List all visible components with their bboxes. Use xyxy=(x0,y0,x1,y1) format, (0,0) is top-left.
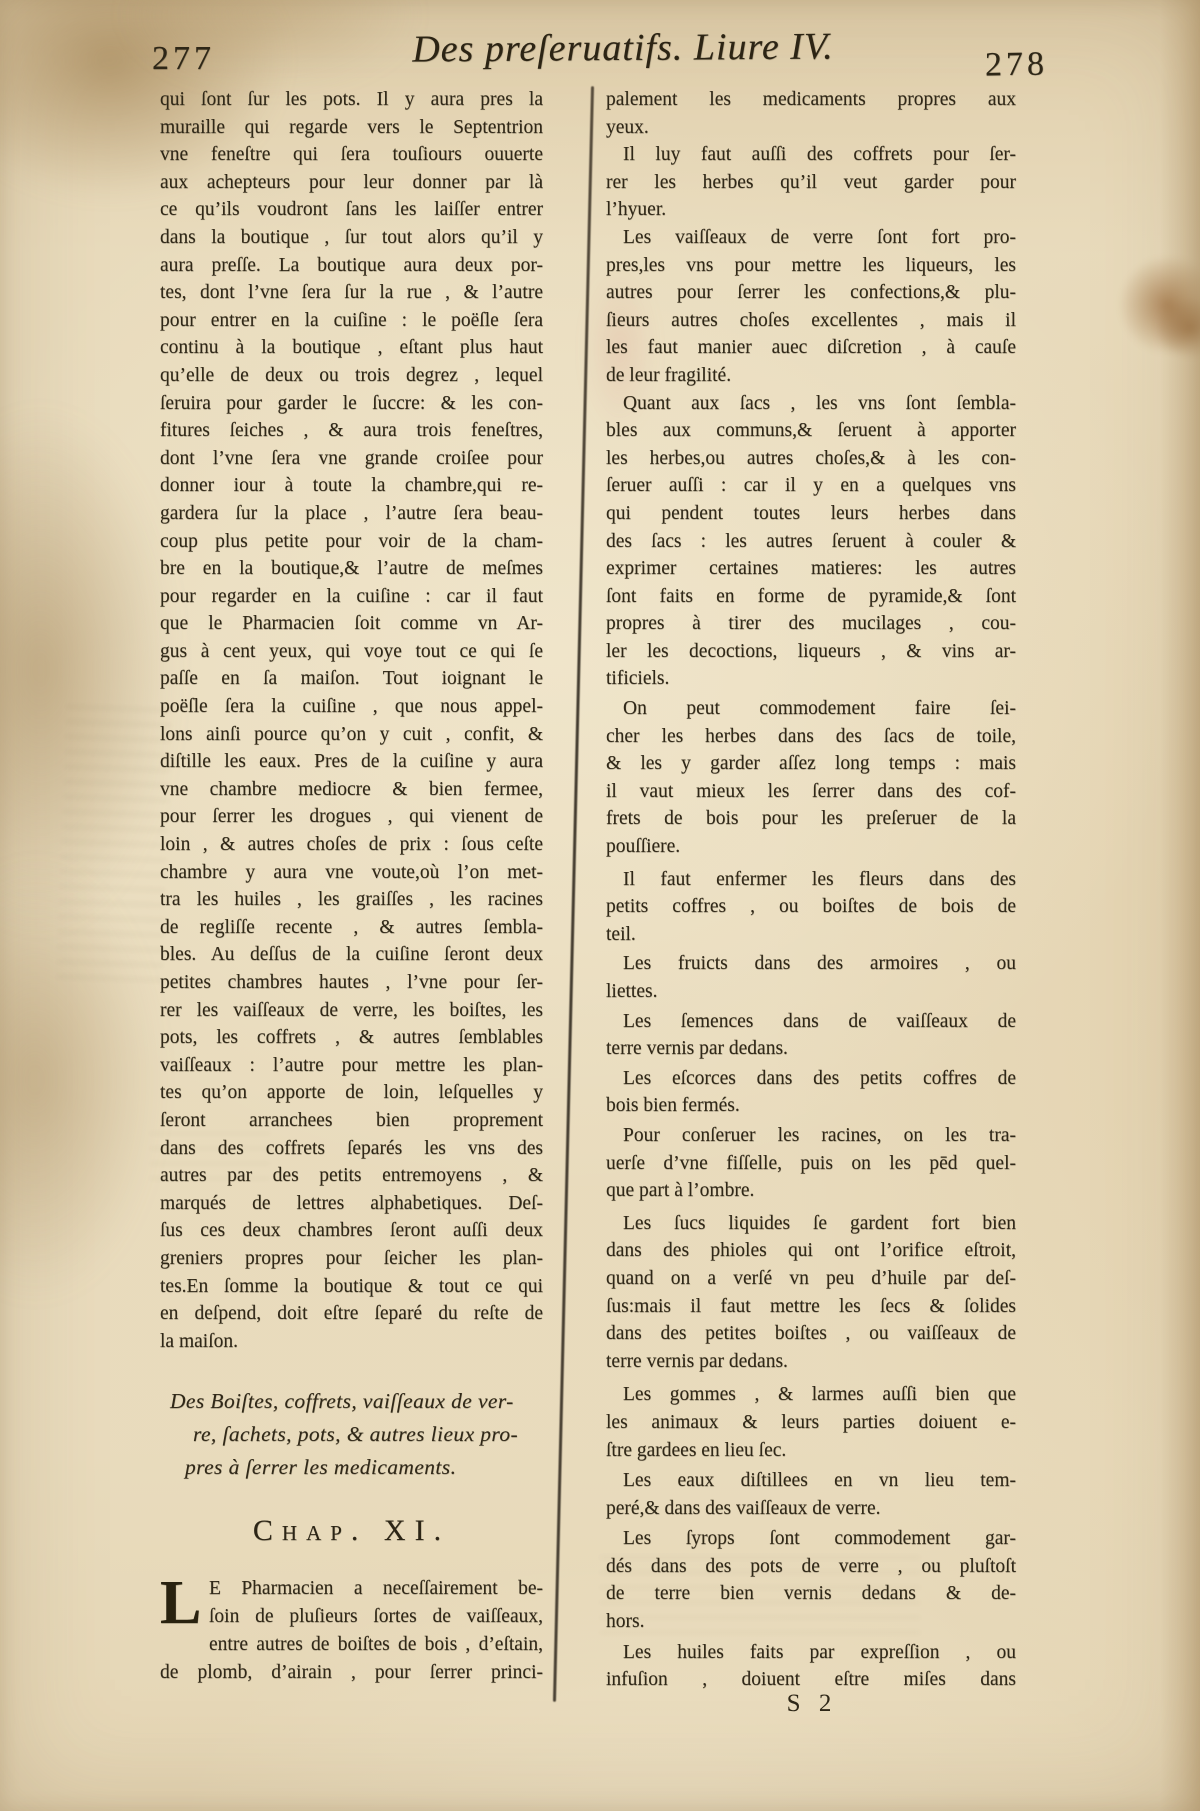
text-line: ſtre gardees en lieu ſec. xyxy=(606,1437,1016,1465)
text-line: pres,les vns pour mettre les liqueurs, l… xyxy=(606,252,1016,280)
text-line: paſſe en ſa maiſon. Tout ioignant le xyxy=(160,665,543,693)
text-line: Les eaux diſtillees en vn lieu tem- xyxy=(606,1467,1016,1495)
text-line: gardera ſur la place , l’autre ſera beau… xyxy=(160,500,543,528)
text-line: cher les herbes dans des ſacs de toile, xyxy=(606,723,1016,751)
paper-stain-brown xyxy=(1118,255,1200,355)
paper-stain-brown-small xyxy=(1155,298,1200,358)
text-line: poëſle ſera la cuiſine , que nous appel- xyxy=(160,693,543,721)
text-line: marqués de lettres alphabetiques. Deſ- xyxy=(160,1190,543,1218)
text-line: vne chambre mediocre & bien fermee, xyxy=(160,776,543,804)
column-divider xyxy=(553,86,594,1702)
text-line: chambre y aura vne voute,où l’on met- xyxy=(160,859,543,887)
text-line: autres pour ſerrer les confections,& plu… xyxy=(606,279,1016,307)
text-line: pour regarder en la cuiſine : car il fau… xyxy=(160,583,543,611)
text-line: dans des coffrets ſeparés les vns des xyxy=(160,1135,543,1163)
text-line: Les vaiſſeaux de verre ſont fort pro- xyxy=(606,224,1016,252)
drop-cap: L xyxy=(160,1578,202,1631)
text-line: les animaux & leurs parties doiuent e- xyxy=(606,1409,1016,1437)
text-line: Les gommes , & larmes auſſi bien que xyxy=(606,1381,1016,1409)
text-line: autres par des petits entremoyens , & xyxy=(160,1162,543,1190)
text-line: ſus ces deux chambres ſeront auſſi deux xyxy=(160,1217,543,1245)
text-line: petits coffres , ou boiſtes de bois de xyxy=(606,893,1016,921)
text-line: en deſpend, doit eſtre ſeparé du reſte d… xyxy=(160,1300,543,1328)
text-line: dans des petites boiſtes , ou vaiſſeaux … xyxy=(606,1320,1016,1348)
page-number-right: 278 xyxy=(985,45,1049,84)
text-line: continu à la boutique , eſtant plus haut xyxy=(160,334,543,362)
text-line: dont l’vne ſera vne grande croiſee pour xyxy=(160,445,543,473)
text-line: l’hyuer. xyxy=(606,196,1016,224)
text-line: tes qu’on apporte de loin, leſquelles y xyxy=(160,1079,543,1107)
text-line: vaiſſeaux : l’autre pour mettre les plan… xyxy=(160,1052,543,1080)
text-line: terre vernis par dedans. xyxy=(606,1348,1016,1376)
book-page: 277 Des preſeruatifs. Liure IV. 278 qui … xyxy=(0,0,1200,1811)
text-line: aura preſſe. La boutique aura deux por- xyxy=(160,252,543,280)
text-line: ſus:mais il faut mettre les ſecs & ſolid… xyxy=(606,1293,1016,1321)
text-line: & les y garder aſſez long temps : mais xyxy=(606,750,1016,778)
text-line: tes, dont l’vne ſera ſur la rue , & l’au… xyxy=(160,279,543,307)
text-line: gus à cent yeux, qui voye tout ce qui ſe xyxy=(160,638,543,666)
text-line: re, ſachets, pots, & autres lieux pro- xyxy=(193,1418,543,1451)
text-line: coup plus petite pour voir de la cham- xyxy=(160,528,543,556)
text-line: les faut manier auec diſcretion , à cauſ… xyxy=(606,334,1016,362)
text-line: tes.En ſomme la boutique & tout ce qui xyxy=(160,1273,543,1301)
text-line: les herbes,ou autres choſes,& à les con- xyxy=(606,445,1016,473)
text-line: de plomb, d’airain , pour ſerrer princi- xyxy=(160,1659,543,1687)
text-line: bois bien fermés. xyxy=(606,1092,1016,1120)
text-line: pots, les coffrets , & autres ſemblables xyxy=(160,1024,543,1052)
paper-edge-shadow xyxy=(1160,0,1200,1811)
text-line: que le Pharmacien ſoit comme vn Ar- xyxy=(160,610,543,638)
text-line: pouſſiere. xyxy=(606,833,1016,861)
text-line: loin , & autres choſes de prix : ſous ce… xyxy=(160,831,543,859)
text-line: palement les medicaments propres aux xyxy=(606,86,1016,114)
text-line: frets de bois pour les preſeruer de la xyxy=(606,805,1016,833)
text-line: rer les vaiſſeaux de verre, les boiſtes,… xyxy=(160,997,543,1025)
text-line: ſeront arranchees bien proprement xyxy=(160,1107,543,1135)
text-line: Il luy faut auſſi des coffrets pour ſer- xyxy=(606,141,1016,169)
text-line: donner iour à toute la chambre,qui re- xyxy=(160,472,543,500)
text-line: petites chambres hautes , l’vne pour ſer… xyxy=(160,969,543,997)
text-line: Des Boiſtes, coffrets, vaiſſeaux de ver- xyxy=(170,1385,543,1418)
page-number-left: 277 xyxy=(152,40,215,78)
chapter-text: L E Pharmacien a neceſſairement be-ſoin … xyxy=(160,1575,543,1686)
left-column: qui ſont ſur les pots. Il y aura pres la… xyxy=(160,86,543,1687)
chapter-heading: Chap. XI. xyxy=(160,1513,543,1549)
text-line: teil. xyxy=(606,921,1016,949)
text-line: pres à ſerrer les medicaments. xyxy=(185,1451,543,1484)
text-line: que part à l’ombre. xyxy=(606,1177,1016,1205)
text-line: bre en la boutique,& l’autre de meſmes xyxy=(160,555,543,583)
text-line: fitures ſeiches , & aura trois feneſtres… xyxy=(160,417,543,445)
text-line: Les ſemences dans de vaiſſeaux de xyxy=(606,1008,1016,1036)
text-line: rer les herbes qu’il veut garder pour xyxy=(606,169,1016,197)
text-line: quand on a verſé vn peu d’huile par deſ- xyxy=(606,1265,1016,1293)
text-line: de terre bien vernis dedans & de- xyxy=(606,1580,1016,1608)
section-heading: Des Boiſtes, coffrets, vaiſſeaux de ver-… xyxy=(160,1385,543,1484)
text-line: Pour conſeruer les racines, on les tra- xyxy=(606,1122,1016,1150)
paper-stain-left-upper xyxy=(0,400,180,940)
text-line: entre autres de boiſtes de bois , d’eſta… xyxy=(160,1631,543,1659)
text-line: de leur fragilité. xyxy=(606,362,1016,390)
text-line: diſtille les eaux. Pres de la cuiſine y … xyxy=(160,748,543,776)
text-line: il vaut mieux les ſerrer dans des cof- xyxy=(606,778,1016,806)
text-line: ler les decoctions, liqueurs , & vins ar… xyxy=(606,638,1016,666)
verso-show-through xyxy=(57,698,172,981)
running-header: Des preſeruatifs. Liure IV. xyxy=(408,24,838,71)
text-line: tificiels. xyxy=(606,665,1016,693)
text-line: E Pharmacien a neceſſairement be- xyxy=(160,1575,543,1603)
signature-mark: S 2 xyxy=(762,1690,862,1718)
text-line: qui ſont ſur les pots. Il y aura pres la xyxy=(160,86,543,114)
text-line: Quant aux ſacs , les vns ſont ſembla- xyxy=(606,390,1016,418)
text-line: uerſe d’vne fiſſelle, puis on les pēd qu… xyxy=(606,1150,1016,1178)
text-line: vne feneſtre qui ſera touſiours ouuerte xyxy=(160,141,543,169)
text-line: qu’elle de deux ou trois degrez , lequel xyxy=(160,362,543,390)
text-line: liettes. xyxy=(606,978,1016,1006)
text-line: dans des phioles qui ont l’orifice eſtro… xyxy=(606,1237,1016,1265)
text-line: Les huiles faits par expreſſion , ou xyxy=(606,1639,1016,1667)
text-line: la maiſon. xyxy=(160,1328,543,1356)
text-line: yeux. xyxy=(606,114,1016,142)
text-line: muraille qui regarde vers le Septentrion xyxy=(160,114,543,142)
text-line: tra les huiles , les graiſſes , les raci… xyxy=(160,886,543,914)
text-line: hors. xyxy=(606,1608,1016,1636)
text-line: terre vernis par dedans. xyxy=(606,1035,1016,1063)
text-line: Les ſyrops ſont commodement gar- xyxy=(606,1525,1016,1553)
text-line: ſont faits en forme de pyramide,& ſont xyxy=(606,583,1016,611)
text-line: greniers propres pour ſeicher les plan- xyxy=(160,1245,543,1273)
text-line: des ſacs : les autres ſeruent à couler & xyxy=(606,528,1016,556)
text-line: Les eſcorces dans des petits coffres de xyxy=(606,1065,1016,1093)
text-line: ſeruer auſſi : car il y en a quelques vn… xyxy=(606,472,1016,500)
text-line: Les fruicts dans des armoires , ou xyxy=(606,950,1016,978)
text-line: peré,& dans des vaiſſeaux de verre. xyxy=(606,1495,1016,1523)
text-line: pour entrer en la cuiſine : le poëſle ſe… xyxy=(160,307,543,335)
text-line: Il faut enfermer les fleurs dans des xyxy=(606,866,1016,894)
text-line: propres à tirer des mucilages , cou- xyxy=(606,610,1016,638)
text-line: On peut commodement faire ſei- xyxy=(606,695,1016,723)
text-line: exprimer certaines matieres: les autres xyxy=(606,555,1016,583)
text-line: pour ſerrer les drogues , qui vienent de xyxy=(160,803,543,831)
text-line: aux achepteurs pour leur donner par là xyxy=(160,169,543,197)
text-line: ſeruira pour garder le ſuccre: & les con… xyxy=(160,390,543,418)
text-line: ſieurs autres choſes excellentes , mais … xyxy=(606,307,1016,335)
text-line: qui pendent toutes leurs herbes dans xyxy=(606,500,1016,528)
paper-stain-left-lower xyxy=(0,860,160,1300)
text-line: de regliſſe recente , & autres ſembla- xyxy=(160,914,543,942)
text-line: ſoin de pluſieurs ſortes de vaiſſeaux, xyxy=(160,1603,543,1631)
text-line: ce qu’ils voudront ſans les laiſſer entr… xyxy=(160,196,543,224)
right-column: palement les medicaments propres auxyeux… xyxy=(606,86,1016,1694)
text-line: lons ainſi pource qu’on y cuit , confit,… xyxy=(160,721,543,749)
left-column-body: qui ſont ſur les pots. Il y aura pres la… xyxy=(160,86,543,1355)
text-line: bles. Au deſſus de la cuiſine ſeront deu… xyxy=(160,941,543,969)
text-line: Les ſucs liquides ſe gardent fort bien xyxy=(606,1210,1016,1238)
text-line: dans la boutique , ſur tout alors qu’il … xyxy=(160,224,543,252)
text-line: bles aux communs,& ſeruent à apporter xyxy=(606,417,1016,445)
text-line: dés dans des pots de verre , ou pluſtoſt xyxy=(606,1553,1016,1581)
